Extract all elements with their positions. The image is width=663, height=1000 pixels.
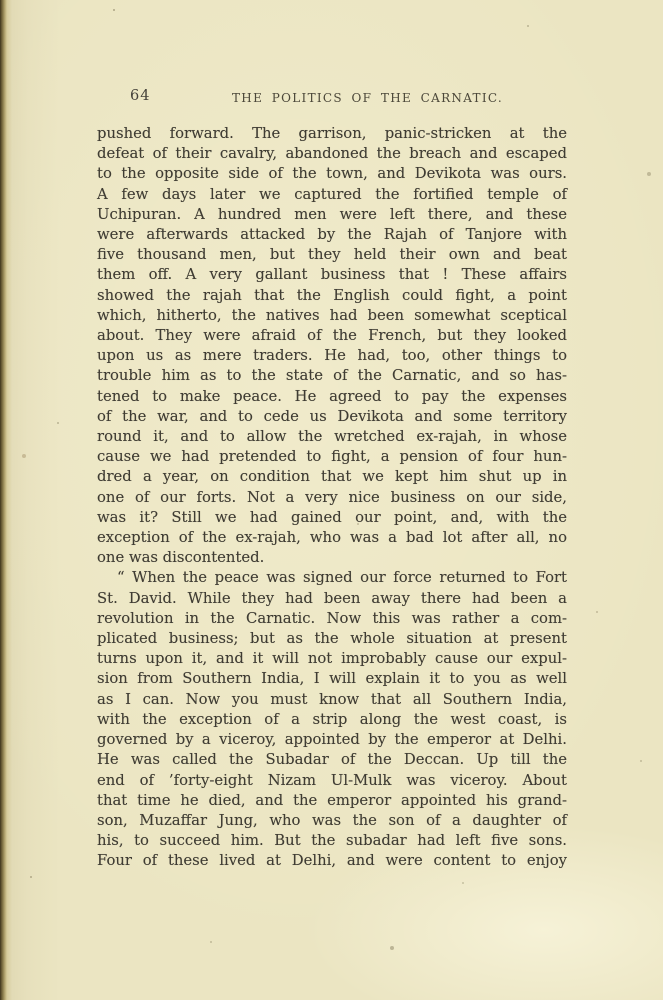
text-line: that time he died, and the emperor appoi… bbox=[97, 791, 567, 811]
text-line: was it? Still we had gained our point, a… bbox=[97, 508, 567, 528]
text-line: one was discontented. bbox=[97, 548, 567, 568]
text-line: Uchipuran. A hundred men were left there… bbox=[97, 205, 567, 225]
text-line: son, Muzaffar Jung, who was the son of a… bbox=[97, 811, 567, 831]
text-line: with the exception of a strip along the … bbox=[97, 710, 567, 730]
text-line: to the opposite side of the town, and De… bbox=[97, 164, 567, 184]
text-line: cause we had pretended to fight, a pensi… bbox=[97, 447, 567, 467]
binding-edge bbox=[0, 0, 12, 1000]
text-line: upon us as mere traders. He had, too, ot… bbox=[97, 346, 567, 366]
text-line: dred a year, on condition that we kept h… bbox=[97, 467, 567, 487]
text-line: governed by a viceroy, appointed by the … bbox=[97, 730, 567, 750]
text-line: tened to make peace. He agreed to pay th… bbox=[97, 387, 567, 407]
text-line: one of our forts. Not a very nice busine… bbox=[97, 488, 567, 508]
text-line: defeat of their cavalry, abandoned the b… bbox=[97, 144, 567, 164]
text-line: sion from Southern India, I will explain… bbox=[97, 669, 567, 689]
text-line: He was called the Subadar of the Deccan.… bbox=[97, 750, 567, 770]
page-number: 64 bbox=[130, 88, 150, 104]
text-line: “ When the peace was signed our force re… bbox=[97, 568, 567, 588]
text-line: showed the rajah that the English could … bbox=[97, 286, 567, 306]
text-line: his, to succeed him. But the subadar had… bbox=[97, 831, 567, 851]
book-page: 64 THE POLITICS OF THE CARNATIC. pushed … bbox=[0, 0, 663, 1000]
text-line: A few days later we captured the fortifi… bbox=[97, 185, 567, 205]
text-line: of the war, and to cede us Devikota and … bbox=[97, 407, 567, 427]
text-line: turns upon it, and it will not improbabl… bbox=[97, 649, 567, 669]
paper-specks bbox=[0, 0, 2, 2]
text-line: end of ’forty-eight Nizam Ul-Mulk was vi… bbox=[97, 771, 567, 791]
text-line: five thousand men, but they held their o… bbox=[97, 245, 567, 265]
text-line: plicated business; but as the whole situ… bbox=[97, 629, 567, 649]
text-line: pushed forward. The garrison, panic-stri… bbox=[97, 124, 567, 144]
text-line: them off. A very gallant business that !… bbox=[97, 265, 567, 285]
text-line: trouble him as to the state of the Carna… bbox=[97, 366, 567, 386]
text-line: which, hitherto, the natives had been so… bbox=[97, 306, 567, 326]
text-line: exception of the ex-rajah, who was a bad… bbox=[97, 528, 567, 548]
text-line: St. David. While they had been away ther… bbox=[97, 589, 567, 609]
text-line: Four of these lived at Delhi, and were c… bbox=[97, 851, 567, 871]
text-block: pushed forward. The garrison, panic-stri… bbox=[97, 124, 567, 872]
running-header: THE POLITICS OF THE CARNATIC. bbox=[232, 91, 503, 105]
text-line: as I can. Now you must know that all Sou… bbox=[97, 690, 567, 710]
text-line: about. They were afraid of the French, b… bbox=[97, 326, 567, 346]
text-line: were afterwards attacked by the Rajah of… bbox=[97, 225, 567, 245]
text-line: round it, and to allow the wretched ex-r… bbox=[97, 427, 567, 447]
text-line: revolution in the Carnatic. Now this was… bbox=[97, 609, 567, 629]
